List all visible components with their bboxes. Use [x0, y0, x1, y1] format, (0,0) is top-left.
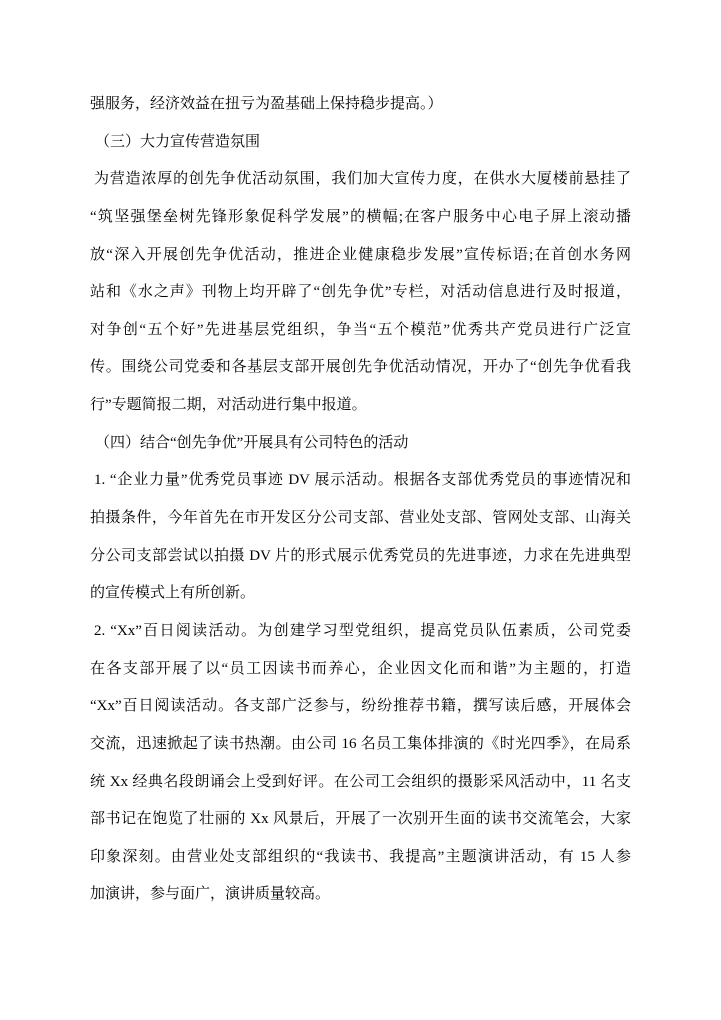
text-line: 传。围绕公司党委和各基层支部开展创先争优活动情况，开办了“创先争优看我 [90, 349, 631, 387]
text-line: 的宣传模式上有所创新。 [90, 575, 631, 613]
text-line: 分公司支部尝试以拍摄 DV 片的形式展示优秀党员的先进事迹，力求在先进典型 [90, 538, 631, 576]
text-line: “Xx”百日阅读活动。各支部广泛参与，纷纷推荐书籍，撰写读后感，开展体会 [90, 688, 631, 726]
text-line: “筑坚强堡垒树先锋形象促科学发展”的横幅;在客户服务中心电子屏上滚动播 [90, 199, 631, 237]
text-line: 加演讲，参与面广，演讲质量较高。 [90, 876, 631, 914]
text-line: 行”专题简报二期，对活动进行集中报道。 [90, 387, 631, 425]
text-line: 1. “企业力量”优秀党员事迹 DV 展示活动。根据各支部优秀党员的事迹情况和 [90, 462, 631, 500]
document-body: 强服务，经济效益在扭亏为盈基础上保持稳步提高。）（三）大力宣传营造氛围为营造浓厚… [90, 86, 631, 914]
text-line: 为营造浓厚的创先争优活动氛围，我们加大宣传力度，在供水大厦楼前悬挂了 [90, 161, 631, 199]
text-line: 交流，迅速掀起了读书热潮。由公司 16 名员工集体排演的《时光四季》，在局系 [90, 726, 631, 764]
text-line: 部书记在饱览了壮丽的 Xx 风景后，开展了一次别开生面的读书交流笔会，大家 [90, 801, 631, 839]
text-line: （三）大力宣传营造氛围 [90, 124, 631, 162]
text-line: 站和《水之声》刊物上均开辟了“创先争优”专栏，对活动信息进行及时报道， [90, 274, 631, 312]
text-line: 放“深入开展创先争优活动，推进企业健康稳步发展”宣传标语;在首创水务网 [90, 237, 631, 275]
text-line: 对争创“五个好”先进基层党组织，争当“五个模范”优秀共产党员进行广泛宣 [90, 312, 631, 350]
text-line: 在各支部开展了以“员工因读书而养心，企业因文化而和谐”为主题的，打造 [90, 651, 631, 689]
text-line: 印象深刻。由营业处支部组织的“我读书、我提高”主题演讲活动，有 15 人参 [90, 839, 631, 877]
text-line: 2. “Xx”百日阅读活动。为创建学习型党组织，提高党员队伍素质，公司党委 [90, 613, 631, 651]
document-page: 强服务，经济效益在扭亏为盈基础上保持稳步提高。）（三）大力宣传营造氛围为营造浓厚… [0, 0, 721, 1020]
text-line: 拍摄条件，今年首先在市开发区分公司支部、营业处支部、管网处支部、山海关 [90, 500, 631, 538]
text-line: 强服务，经济效益在扭亏为盈基础上保持稳步提高。） [90, 86, 631, 124]
text-line: 统 Xx 经典名段朗诵会上受到好评。在公司工会组织的摄影采风活动中，11 名支 [90, 764, 631, 802]
text-line: （四）结合“创先争优”开展具有公司特色的活动 [90, 425, 631, 463]
